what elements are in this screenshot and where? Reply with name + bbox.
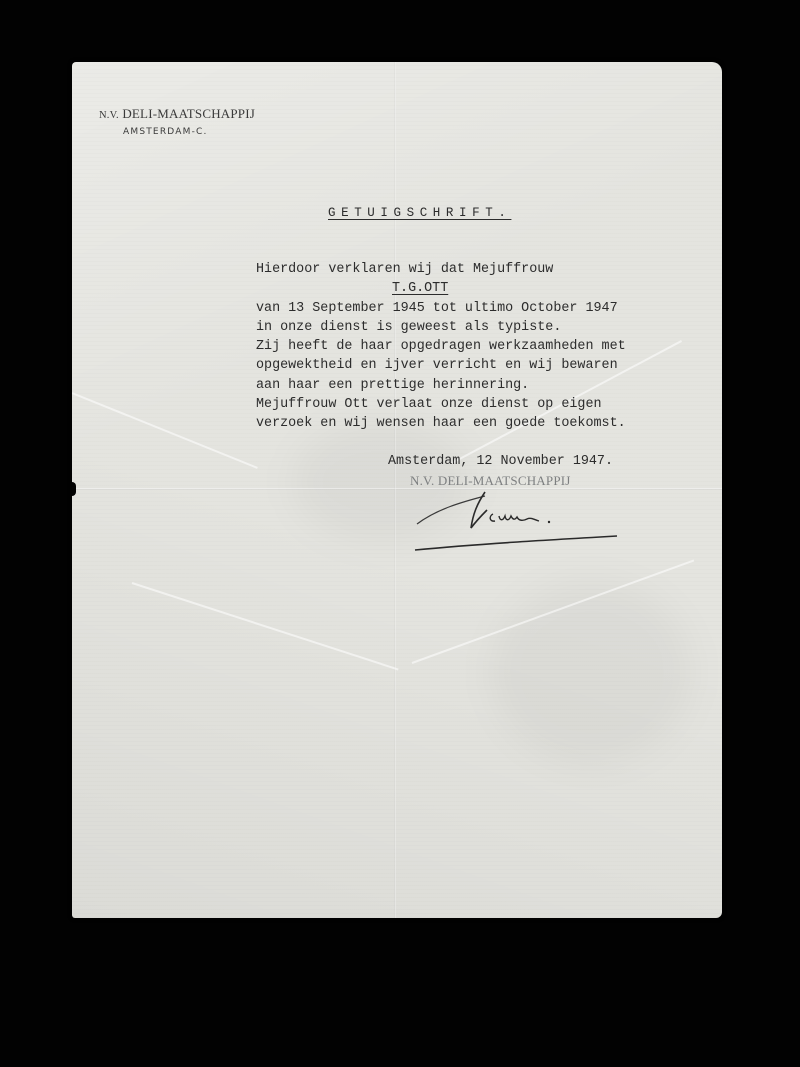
vertical-fold bbox=[394, 62, 396, 918]
signature bbox=[407, 484, 627, 554]
document-title: GETUIGSCHRIFT. bbox=[328, 204, 511, 223]
employee-name: T.G.OTT bbox=[256, 279, 626, 298]
crease bbox=[132, 582, 399, 670]
photo-background: N.V. DELI-MAATSCHAPPIJ AMSTERDAM-C. GETU… bbox=[0, 0, 800, 1067]
body-line: verzoek en wij wensen haar een goede toe… bbox=[256, 416, 626, 431]
letter-paper: N.V. DELI-MAATSCHAPPIJ AMSTERDAM-C. GETU… bbox=[72, 62, 722, 918]
body-line: Mejuffrouw Ott verlaat onze dienst op ei… bbox=[256, 397, 602, 412]
paper-shadow bbox=[492, 582, 692, 762]
crease bbox=[72, 392, 258, 469]
letter-body: Hierdoor verklaren wij dat Mejuffrouw T.… bbox=[256, 260, 626, 434]
paper-tear bbox=[72, 482, 76, 496]
letterhead-company-name: DELI-MAATSCHAPPIJ bbox=[122, 106, 255, 121]
letterhead: N.V. DELI-MAATSCHAPPIJ AMSTERDAM-C. bbox=[99, 106, 255, 137]
body-line: in onze dienst is geweest als typiste. bbox=[256, 320, 561, 335]
letterhead-city: AMSTERDAM-C. bbox=[123, 127, 255, 137]
letterhead-company: N.V. DELI-MAATSCHAPPIJ bbox=[99, 106, 255, 122]
body-line: opgewektheid en ijver verricht en wij be… bbox=[256, 358, 618, 373]
body-line: aan haar een prettige herinnering. bbox=[256, 378, 529, 393]
dateline: Amsterdam, 12 November 1947. bbox=[388, 452, 613, 471]
opening-line: Hierdoor verklaren wij dat Mejuffrouw bbox=[256, 262, 553, 277]
body-line: Zij heeft de haar opgedragen werkzaamhed… bbox=[256, 339, 626, 354]
body-line: van 13 September 1945 tot ultimo October… bbox=[256, 301, 618, 316]
letterhead-prefix: N.V. bbox=[99, 110, 119, 121]
